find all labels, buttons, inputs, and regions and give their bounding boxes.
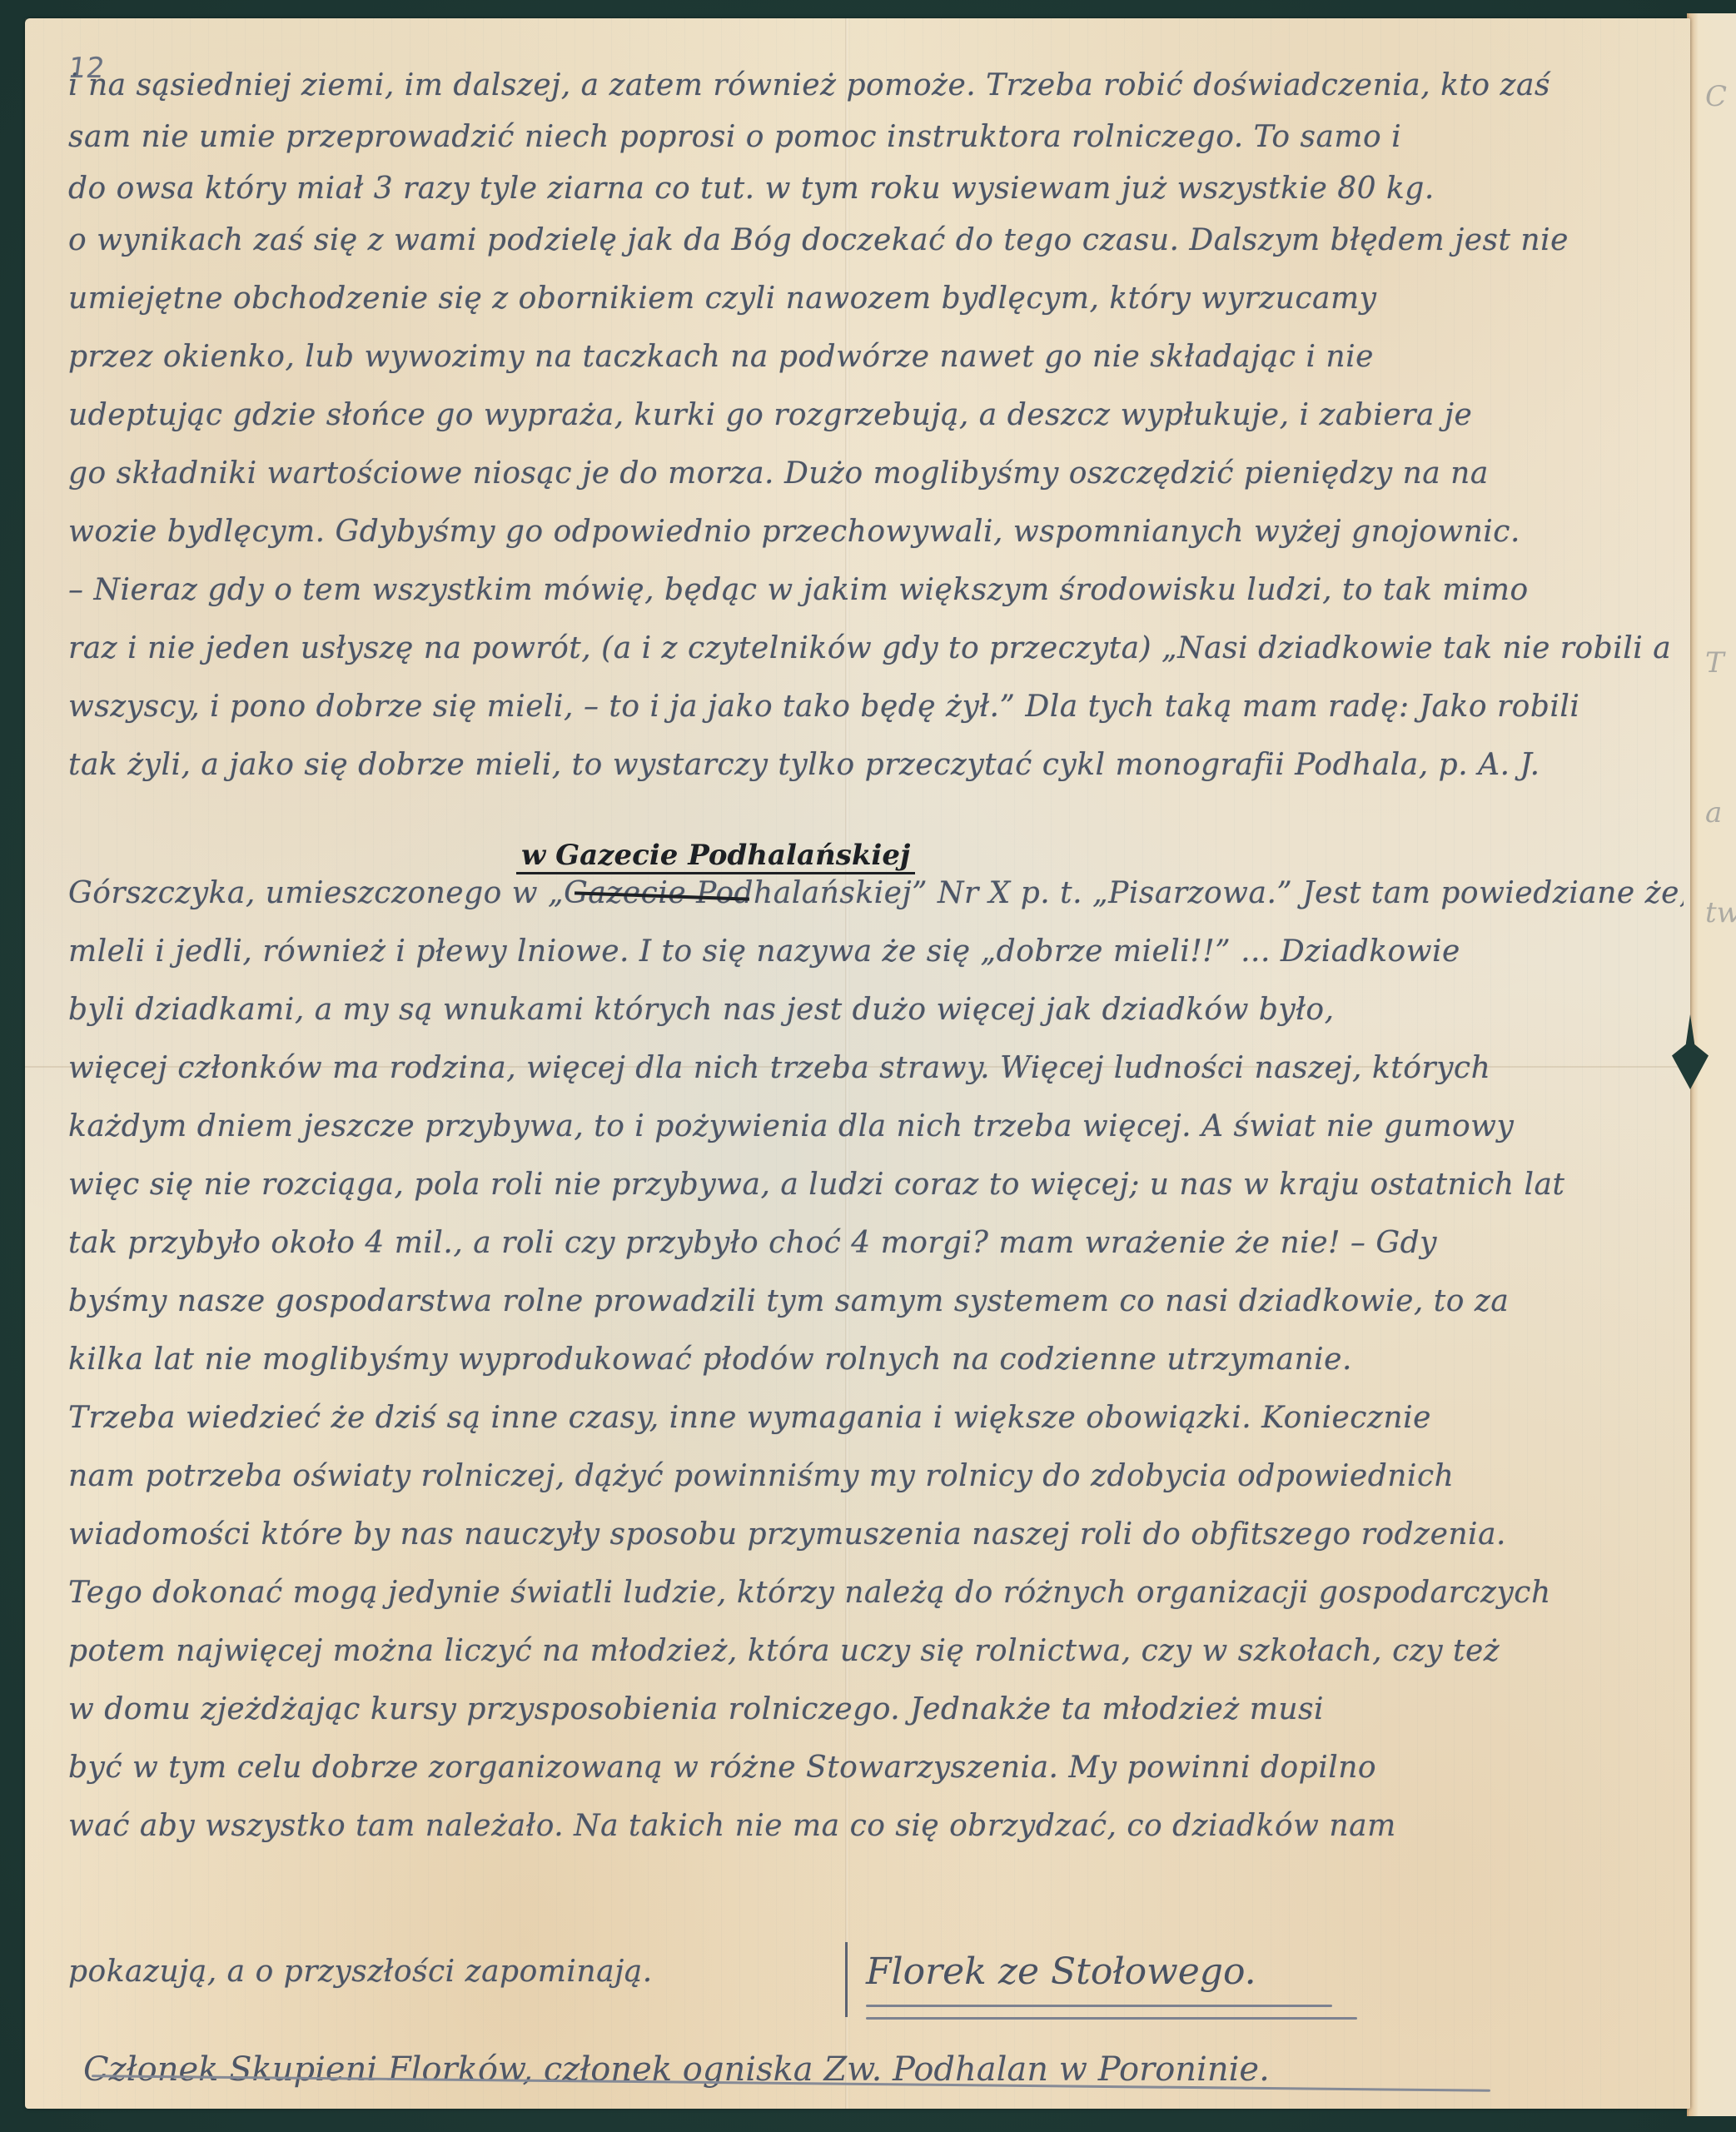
text-line: kilka lat nie moglibyśmy wyprodukować pł… [68,1342,1684,1377]
text-line: każdym dniem jeszcze przybywa, to i poży… [68,1109,1684,1143]
text-line: byli dziadkami, a my są wnukami których … [68,993,1684,1027]
text-line: więcej członków ma rodzina, więcej dla n… [68,1051,1684,1085]
signature-bracket [845,1942,851,2017]
text-line: Tego dokonać mogą jedynie światli ludzie… [68,1576,1684,1610]
text-line: sam nie umie przeprowadzić niech poprosi… [68,120,1684,154]
text-line: więc się nie rozciąga, pola roli nie prz… [68,1168,1684,1202]
text-line: byśmy nasze gospodarstwa rolne prowadzil… [68,1284,1684,1318]
text-line: potem najwięcej można liczyć na młodzież… [68,1634,1684,1668]
adjacent-page-text-fragment: tw [1705,896,1736,929]
text-line: tak przybyło około 4 mil., a roli czy pr… [68,1226,1684,1260]
text-line: go składniki wartościowe niosąc je do mo… [68,456,1684,491]
text-line: być w tym celu dobrze zorganizowaną w ró… [68,1751,1684,1785]
text-line: raz i nie jeden usłyszę na powrót, (a i … [68,631,1684,665]
text-line: wozie bydlęcym. Gdybyśmy go odpowiednio … [68,515,1684,549]
text-line: wiadomości które by nas nauczyły sposobu… [68,1517,1684,1552]
manuscript-page: 12 i na sąsiedniej ziemi, im dalszej, a … [25,18,1690,2109]
text-line: Trzeba wiedzieć że dziś są inne czasy, i… [68,1401,1684,1435]
signature-underline [866,2017,1357,2020]
text-line: nam potrzeba oświaty rolniczej, dążyć po… [68,1459,1684,1493]
signature: Florek ze Stołowego. [866,1950,1256,1993]
text-line: w domu zjeżdżając kursy przysposobienia … [68,1692,1684,1726]
text-line: i na sąsiedniej ziemi, im dalszej, a zat… [68,68,1684,102]
adjacent-page-text-fragment: C [1705,80,1727,113]
adjacent-page-text-fragment: a [1705,796,1722,829]
text-line: umiejętne obchodzenie się z obornikiem c… [68,281,1684,316]
text-line: udeptując gdzie słońce go wypraża, kurki… [68,398,1684,432]
text-line: pokazują, a o przyszłości zapominają. [68,1955,818,1989]
text-line: o wynikach zaś się z wami podzielę jak d… [68,223,1684,257]
text-line: tak żyli, a jako się dobrze mieli, to wy… [68,748,1684,782]
ink-insertion: w Gazecie Podhalańskiej [516,839,915,874]
text-line: przez okienko, lub wywozimy na taczkach … [68,340,1684,374]
adjacent-page-text-fragment: T [1705,646,1724,680]
text-line: – Nieraz gdy o tem wszystkim mówię, będą… [68,573,1684,607]
text-line: Górszczyka, umieszczonego w „Gazecie Pod… [68,876,1684,910]
text-line: do owsa który miał 3 razy tyle ziarna co… [68,172,1684,206]
text-line: wać aby wszystko tam należało. Na takich… [68,1809,1684,1843]
signature-underline [866,2005,1332,2007]
text-line: mleli i jedli, również i płewy lniowe. I… [68,934,1684,969]
text-line: wszyscy, i pono dobrze się mieli, – to i… [68,690,1684,724]
